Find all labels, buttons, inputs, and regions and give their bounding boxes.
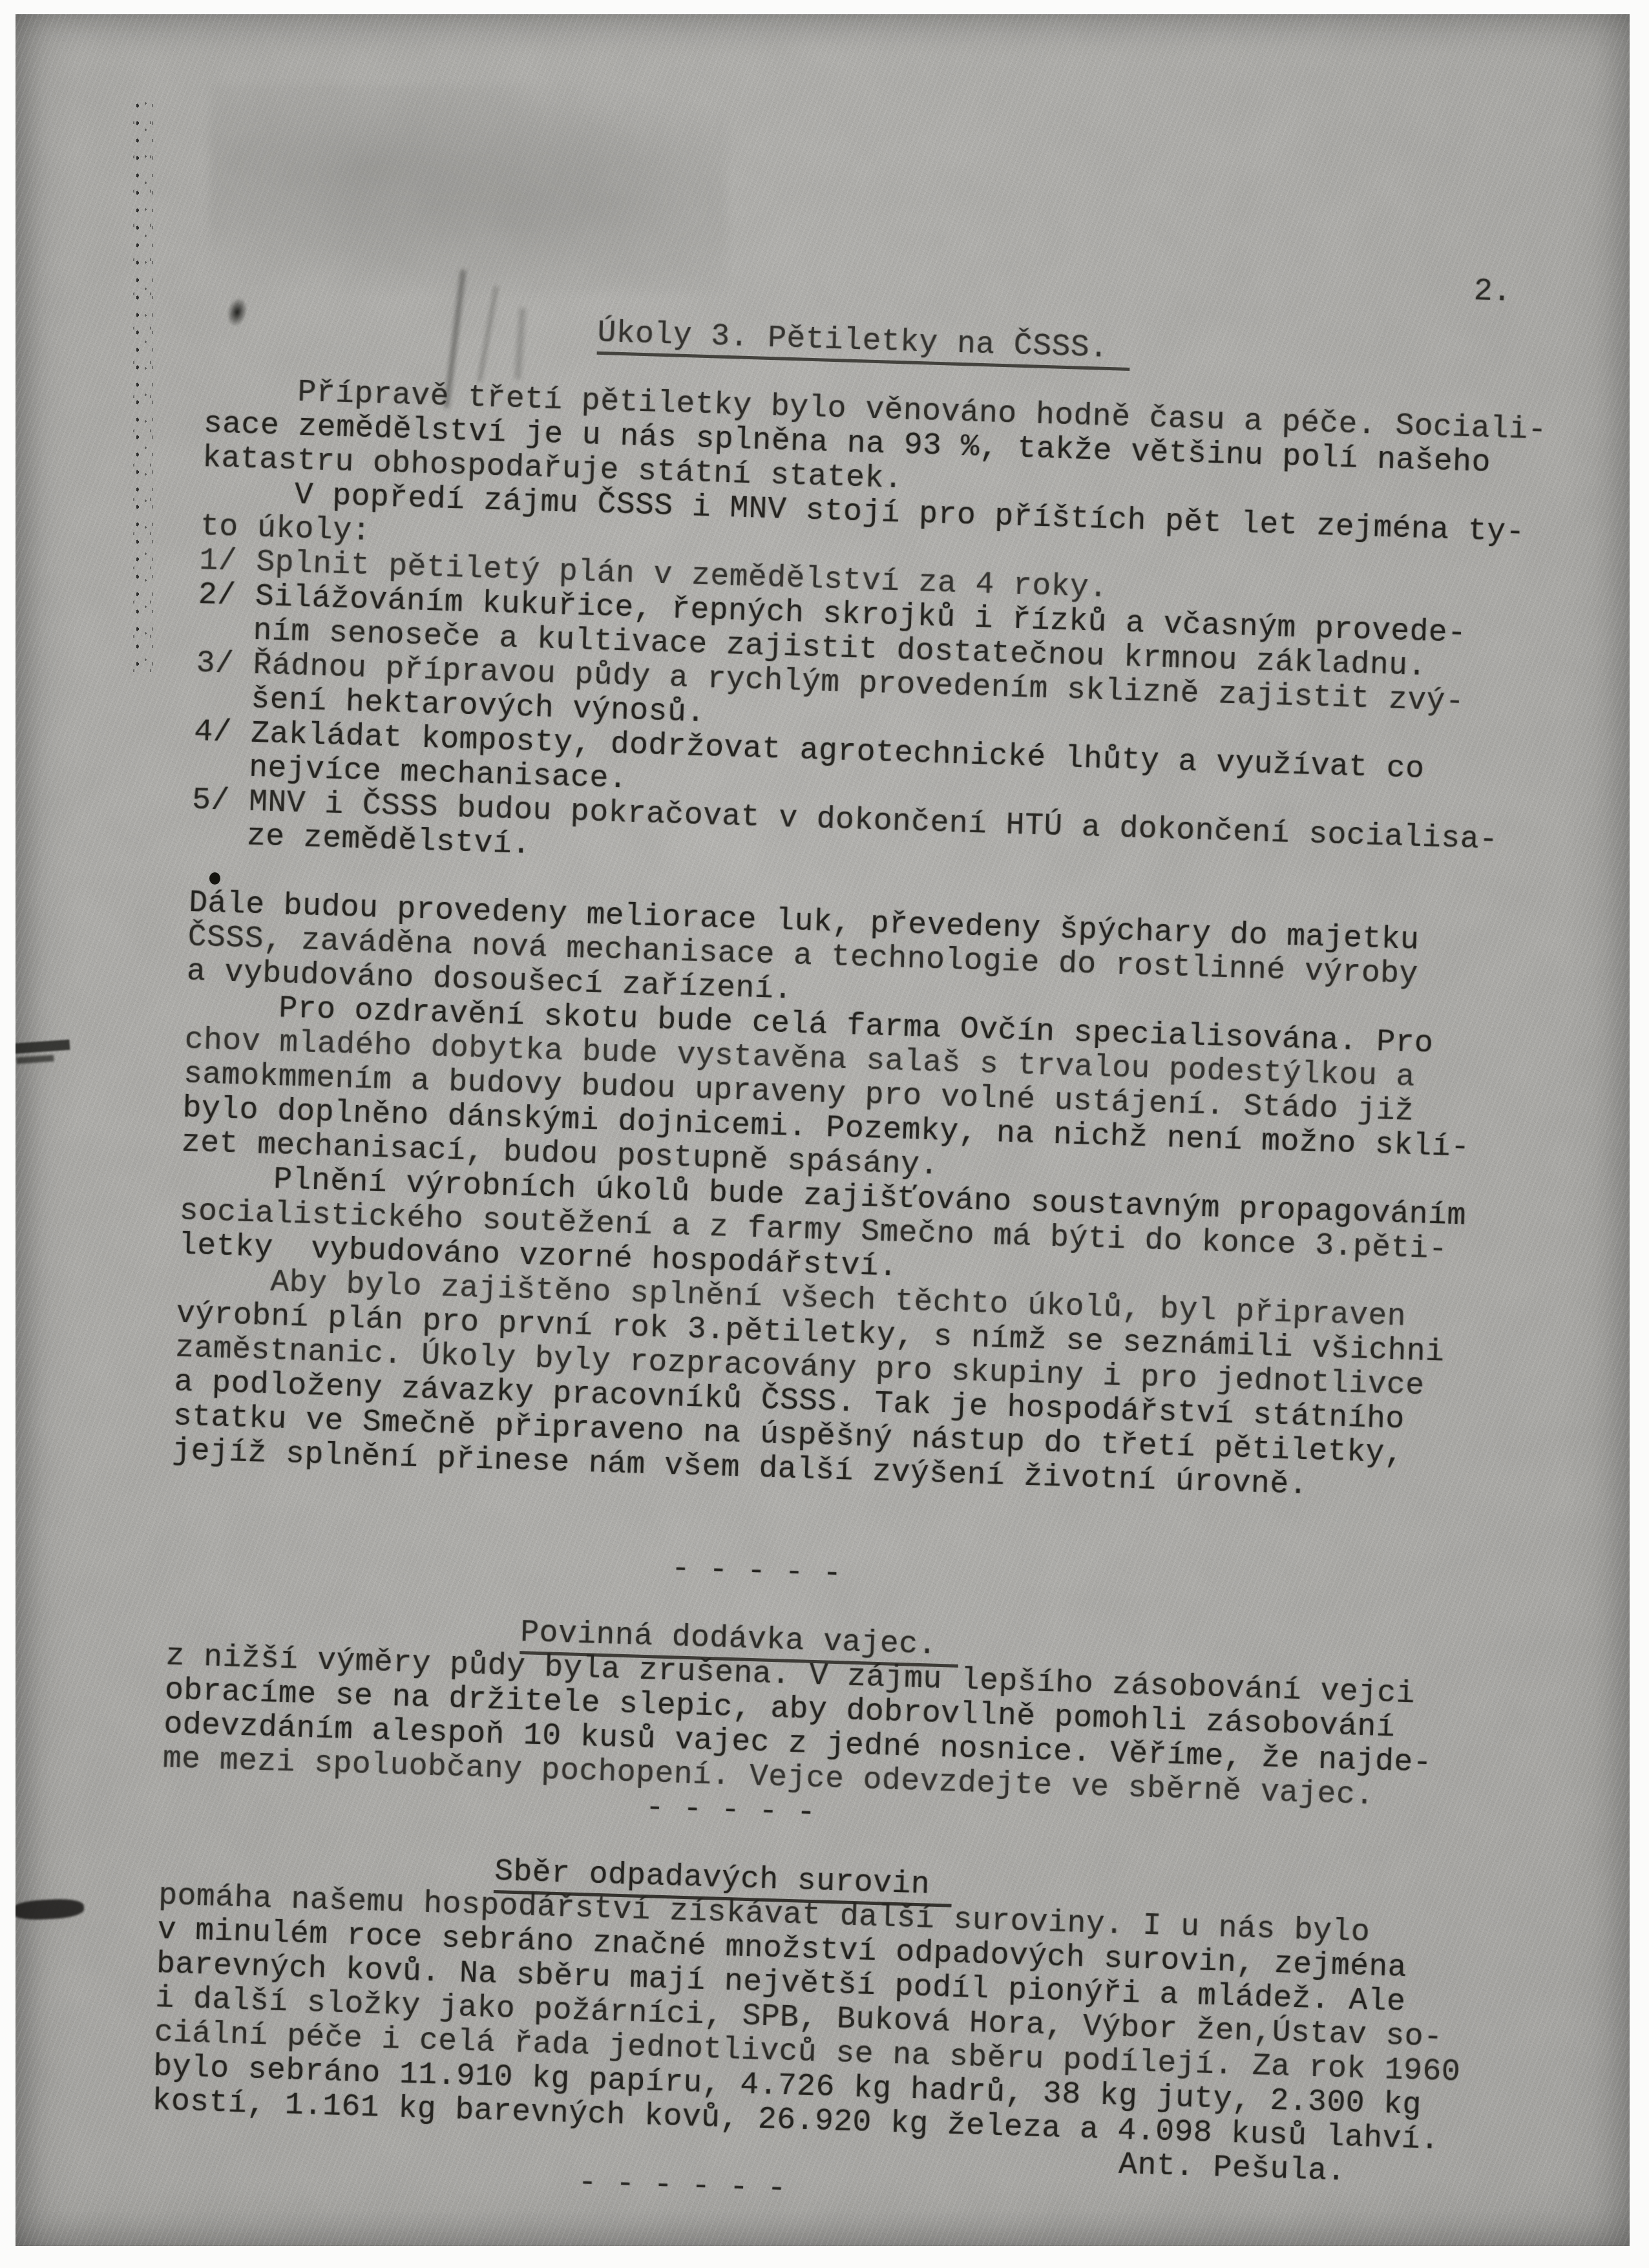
line-text: - - - - - (645, 1790, 816, 1831)
line-text: to úkoly: (200, 509, 371, 549)
line-text: Ant. Pešula. (1118, 2148, 1346, 2190)
indent-spaces (201, 475, 295, 512)
line-text: - - - - - - (578, 2165, 787, 2207)
line-text: 2. (1473, 274, 1512, 310)
indent-spaces (193, 749, 249, 786)
indent-spaces (204, 372, 299, 410)
indent-spaces (191, 817, 247, 854)
line-text: - - - - - (671, 1551, 842, 1591)
paper-sheet: 2. Úkoly 3. Pětiletky na ČSSS. Přípravě … (16, 14, 1630, 2246)
scanned-page: 2. Úkoly 3. Pětiletky na ČSSS. Přípravě … (0, 0, 1649, 2268)
indent-spaces (180, 1160, 275, 1197)
indent-spaces (196, 612, 253, 649)
indent-spaces (185, 989, 280, 1026)
typed-content: 2. Úkoly 3. Pětiletky na ČSSS. Přípravě … (16, 231, 1630, 2231)
indent-spaces (194, 680, 251, 717)
indent-spaces (177, 1263, 271, 1300)
